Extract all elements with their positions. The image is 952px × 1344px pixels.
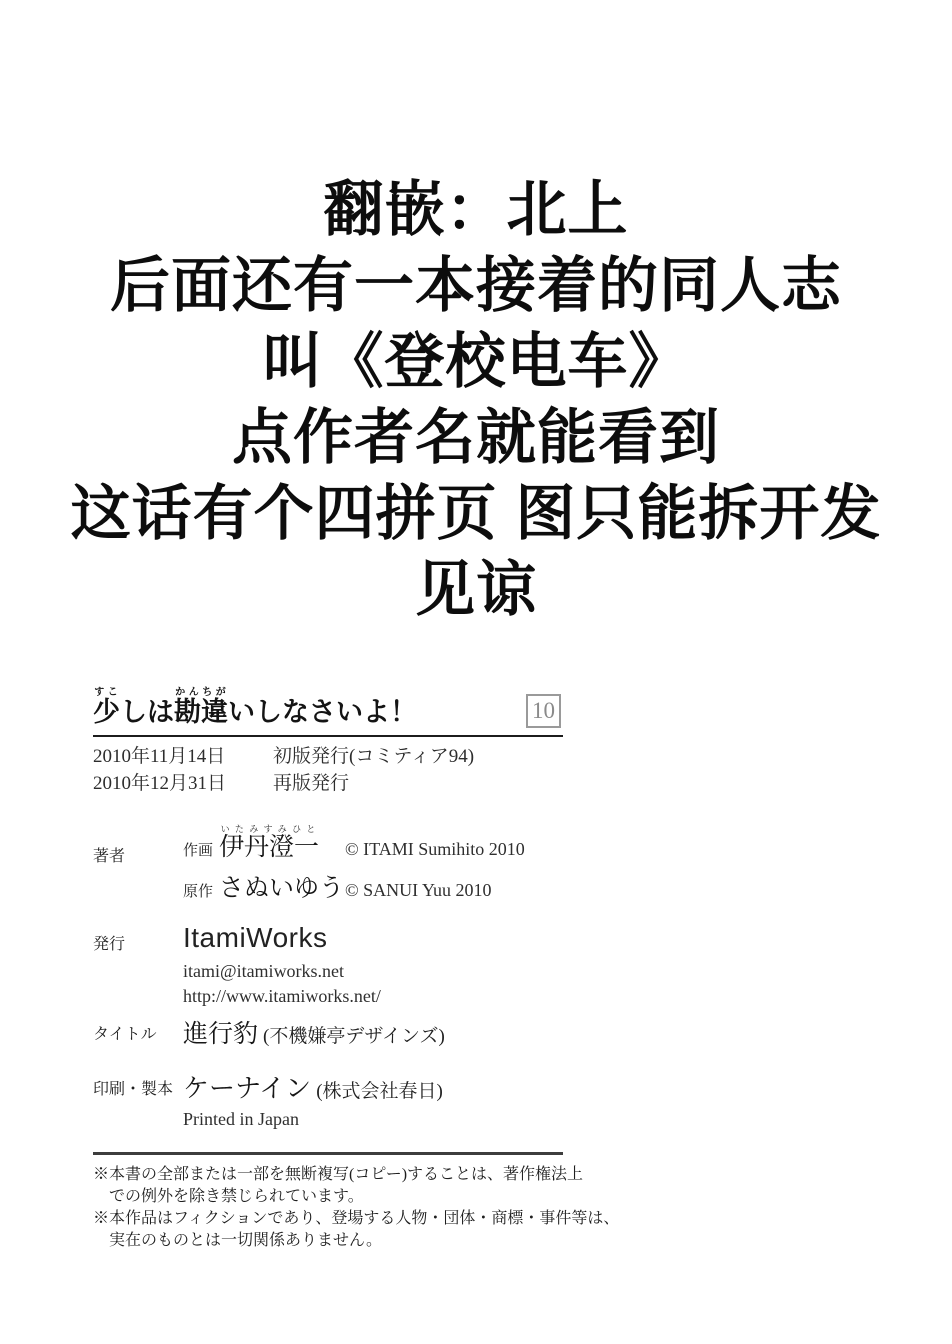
translator-note-line: 见谅 (0, 552, 952, 628)
author-row-artist: 作画 伊丹澄一いたみすみひと © ITAMI Sumihito 2010 (183, 824, 563, 863)
title-ruby-segment: 少すこ (93, 697, 120, 727)
translator-note-line: 叫《登校电车》 (0, 324, 952, 400)
disclaimer-line: での例外を除き禁じられています。 (93, 1186, 573, 1208)
colophon-page: 翻嵌：北上 后面还有一本接着的同人志 叫《登校电车》 点作者名就能看到 这话有个… (0, 0, 952, 1344)
translator-note: 翻嵌：北上 后面还有一本接着的同人志 叫《登校电车》 点作者名就能看到 这话有个… (0, 172, 952, 628)
translator-note-line: 点作者名就能看到 (0, 400, 952, 476)
designer-name: 進行豹 (183, 1014, 258, 1050)
printer-note: (株式会社春日) (316, 1076, 443, 1103)
edition-label: 初版発行(コミティア94) (273, 746, 474, 767)
title-design-section: タイトル 進行豹 (不機嫌亭デザインズ) (93, 1014, 563, 1050)
design-credit: 進行豹 (不機嫌亭デザインズ) (183, 1014, 563, 1050)
author-name: 伊丹澄一いたみすみひと (219, 824, 345, 863)
printing-credit: ケーナイン (株式会社春日) (183, 1068, 563, 1105)
author-role: 原作 (183, 880, 219, 901)
author-name-ruby: 伊丹澄一いたみすみひと (219, 834, 319, 861)
disclaimer-line: ※本作品はフィクションであり、登場する人物・団体・商標・事件等は、 (93, 1208, 573, 1230)
edition-row: 2010年11月14日初版発行(コミティア94) (93, 743, 474, 770)
title-base: 少 (93, 697, 120, 727)
title-segment: しは (120, 697, 174, 727)
title-row: 少すこしは勘違かんちがいしなさいよ！ 10 (93, 686, 563, 734)
title-ruby-segment: 勘違かんちが (174, 697, 228, 727)
copyright-notice: © ITAMI Sumihito 2010 (345, 839, 525, 860)
publisher-url: http://www.itamiworks.net/ (183, 984, 563, 1009)
edition-history: 2010年11月14日初版発行(コミティア94) 2010年12月31日再版発行 (93, 743, 474, 797)
design-section-label: タイトル (93, 1021, 157, 1044)
edition-label: 再版発行 (273, 773, 349, 794)
publisher-section-label: 発行 (93, 931, 125, 954)
title-segment: いしなさいよ！ (228, 697, 417, 727)
author-row-original: 原作 さぬいゆう © SANUI Yuu 2010 (183, 868, 563, 904)
disclaimer-divider (93, 1152, 563, 1155)
printing-section-label: 印刷・製本 (93, 1076, 173, 1099)
publisher-email: itami@itamiworks.net (183, 959, 563, 984)
disclaimers: ※本書の全部または一部を無断複写(コピー)することは、著作権法上 での例外を除き… (93, 1164, 573, 1252)
designer-note: (不機嫌亭デザインズ) (263, 1021, 445, 1048)
title-base: 勘違 (174, 697, 228, 727)
author-section-label: 著者 (93, 843, 125, 866)
edition-date: 2010年11月14日 (93, 743, 273, 770)
volume-badge: 10 (526, 694, 561, 728)
title-divider (93, 735, 563, 737)
edition-date: 2010年12月31日 (93, 770, 273, 797)
translator-note-line: 这话有个四拼页 图只能拆开发 (0, 476, 952, 552)
edition-row: 2010年12月31日再版発行 (93, 770, 474, 797)
title-furigana: かんちが (174, 687, 228, 698)
book-title: 少すこしは勘違かんちがいしなさいよ！ (93, 686, 563, 728)
disclaimer-line: 実在のものとは一切関係ありません。 (93, 1230, 573, 1252)
printer-name: ケーナイン (183, 1068, 311, 1105)
translator-note-line: 后面还有一本接着的同人志 (0, 248, 952, 324)
translator-note-line: 翻嵌：北上 (0, 172, 952, 248)
copyright-notice: © SANUI Yuu 2010 (345, 880, 492, 901)
author-name-furigana: いたみすみひと (219, 824, 319, 834)
printed-in-japan: Printed in Japan (183, 1109, 563, 1130)
author-name: さぬいゆう (219, 868, 345, 904)
printing-section: 印刷・製本 ケーナイン (株式会社春日) Printed in Japan (93, 1068, 563, 1130)
colophon: 少すこしは勘違かんちがいしなさいよ！ 10 2010年11月14日初版発行(コミ… (93, 686, 563, 1296)
author-name-base: 伊丹澄一 (219, 834, 319, 861)
disclaimer-line: ※本書の全部または一部を無断複写(コピー)することは、著作権法上 (93, 1164, 573, 1186)
author-section: 著者 作画 伊丹澄一いたみすみひと © ITAMI Sumihito 2010 … (93, 824, 563, 904)
title-furigana: すこ (93, 687, 120, 698)
author-role: 作画 (183, 839, 219, 860)
publisher-section: 発行 ItamiWorks itami@itamiworks.net http:… (93, 922, 563, 1009)
publisher-name: ItamiWorks (183, 922, 563, 954)
